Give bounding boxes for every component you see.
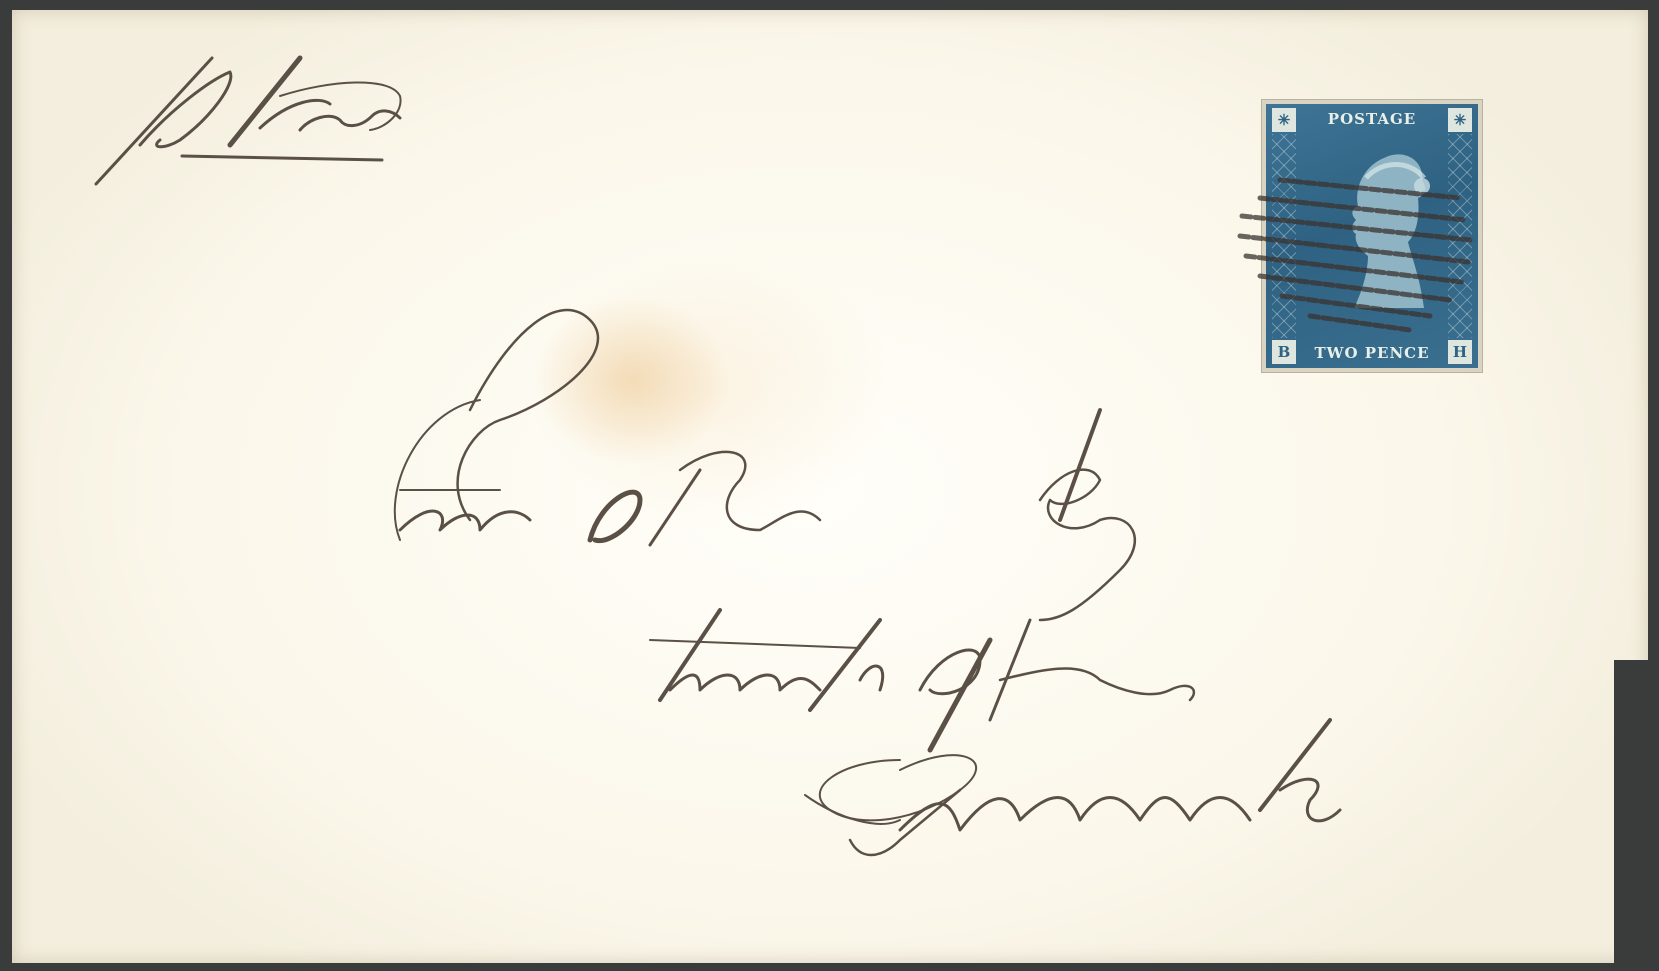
queen-portrait-icon [1324, 138, 1434, 328]
stamp-bottom-label: TWO PENCE [1304, 344, 1440, 362]
stamp-lattice-border [1448, 134, 1472, 338]
paid-annotation: Paid [0, 0, 1, 1]
star-ornament-icon: ✳ [1448, 108, 1472, 132]
stamp-top-label: POSTAGE [1304, 110, 1440, 128]
stamp-corner-letter-left: B [1272, 340, 1296, 364]
address-line-2: Stamp Office [0, 0, 1, 1]
stamp-lattice-border [1272, 134, 1296, 338]
two-penny-blue-stamp: ✳ ✳ POSTAGE B TWO PENCE H [1262, 100, 1482, 372]
envelope-edge-notch [1614, 660, 1659, 971]
address-line-1: Peter O'Brien Esq [0, 0, 1, 1]
star-ornament-icon: ✳ [1272, 108, 1296, 132]
address-line-3: Limerick [0, 0, 1, 1]
stamp-corner-letter-right: H [1448, 340, 1472, 364]
scan-background: ✳ ✳ POSTAGE B TWO PENCE H [0, 0, 1659, 971]
